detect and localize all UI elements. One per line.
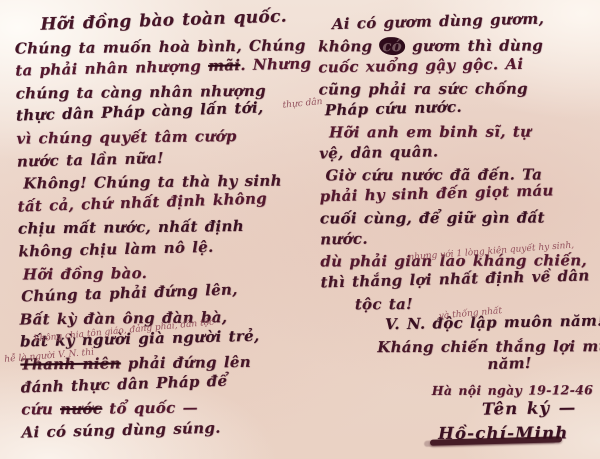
manuscript-text: cuối cùng, để giữ gìn đất bbox=[320, 208, 545, 227]
manuscript-text: không bbox=[318, 37, 379, 55]
right-column: Ai có gươm dùng gươm,không có gươm thì d… bbox=[318, 12, 596, 445]
manuscript-text: Ai có súng dùng súng. bbox=[21, 418, 221, 441]
manuscript-text: Hỡi anh em binh sĩ, tự bbox=[329, 122, 531, 141]
manuscript-text: ta phải nhân nhượng bbox=[15, 57, 208, 80]
manuscript-text: Hỡi đồng bào. bbox=[23, 264, 147, 283]
manuscript-photo: Hỡi đồng bào toàn quốc.Chúng ta muốn hoà… bbox=[0, 0, 600, 459]
manuscript-line: Tên ký — bbox=[322, 397, 596, 423]
manuscript-text: gươm thì dùng bbox=[405, 36, 543, 55]
manuscript-text: phải hy sinh đến giọt máu bbox=[319, 181, 553, 205]
manuscript-text: . Nhưng bbox=[240, 55, 311, 75]
manuscript-text: cuốc xuổng gậy gộc. Ai bbox=[318, 55, 523, 77]
manuscript-text: nước ta lần nữa! bbox=[17, 149, 164, 171]
manuscript-text: vệ, dân quân. bbox=[319, 142, 438, 162]
struck-word: mãi bbox=[208, 56, 241, 75]
manuscript-line: Hỡi đồng bào toàn quốc. bbox=[14, 6, 309, 38]
manuscript-text: Tên ký — bbox=[482, 398, 577, 419]
struck-word: nước bbox=[60, 400, 102, 418]
ink-blot-word: có bbox=[379, 37, 405, 55]
manuscript-text: tộc ta! bbox=[355, 295, 413, 313]
manuscript-text: Hà nội ngày 19-12-46 bbox=[432, 382, 593, 398]
manuscript-text: phải đứng lên bbox=[121, 353, 251, 372]
manuscript-line: V. N. độc lập muôn năm!và thống nhất bbox=[321, 311, 595, 337]
manuscript-line: vệ, dân quân. bbox=[319, 139, 593, 165]
manuscript-text: vì chúng quyết tâm cướp bbox=[16, 127, 236, 147]
manuscript-text: không chịu làm nô lệ. bbox=[18, 238, 214, 261]
manuscript-text: cứu bbox=[21, 400, 60, 418]
manuscript-line: Ai có gươm dùng gươm, bbox=[318, 7, 592, 36]
manuscript-text: năm! bbox=[487, 354, 532, 373]
interline-insertion: thực dân bbox=[282, 92, 324, 117]
manuscript-text: Pháp cứu nước. bbox=[325, 98, 463, 120]
manuscript-text: nước. bbox=[320, 230, 368, 249]
left-column: Hỡi đồng bào toàn quốc.Chúng ta muốn hoà… bbox=[14, 10, 315, 444]
manuscript-text: tổ quốc — bbox=[102, 399, 198, 418]
manuscript-line: cuốc xuổng gậy gộc. Ai bbox=[318, 53, 592, 79]
manuscript-text: Hỡi đồng bào toàn quốc. bbox=[40, 7, 287, 35]
manuscript-text: chịu mất nước, nhất định bbox=[18, 217, 244, 238]
manuscript-text: Ai có gươm dùng gươm, bbox=[332, 10, 545, 34]
